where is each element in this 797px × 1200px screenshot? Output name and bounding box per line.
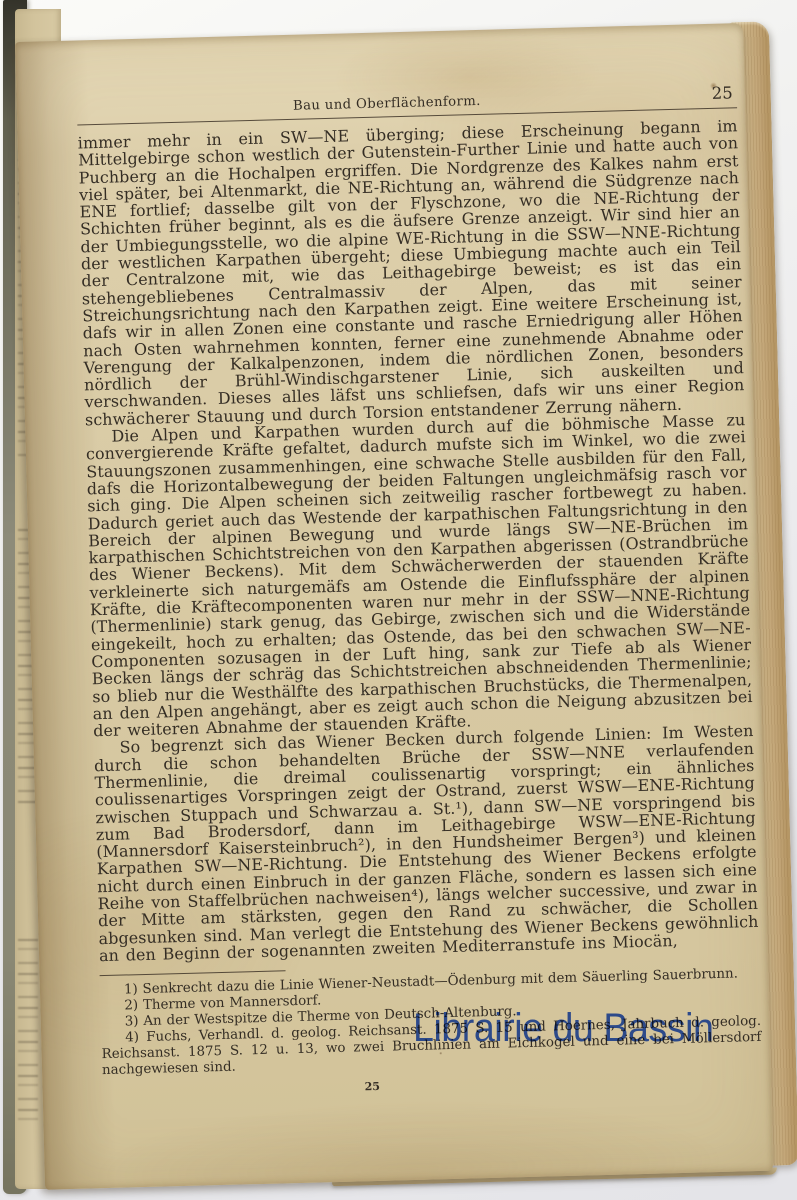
body-paragraph: Die Alpen und Karpathen wurden durch auf… <box>85 411 753 740</box>
book-photo: Bau und Oberflächenform. 25 immer mehr i… <box>0 0 797 1200</box>
body-paragraph: So begrenzt sich das Wiener Becken durch… <box>93 722 759 964</box>
body-paragraph: immer mehr in ein SW—NE überging; diese … <box>78 117 745 428</box>
running-title: Bau und Oberflächenform. <box>77 88 697 119</box>
page-edge-text-fragments <box>18 939 38 1129</box>
bookseller-watermark: Librairie du Bassin <box>413 1005 713 1051</box>
body-text: immer mehr in ein SW—NE überging; diese … <box>78 117 760 964</box>
page-number: 25 <box>711 83 732 103</box>
footnote-separator <box>100 971 286 977</box>
